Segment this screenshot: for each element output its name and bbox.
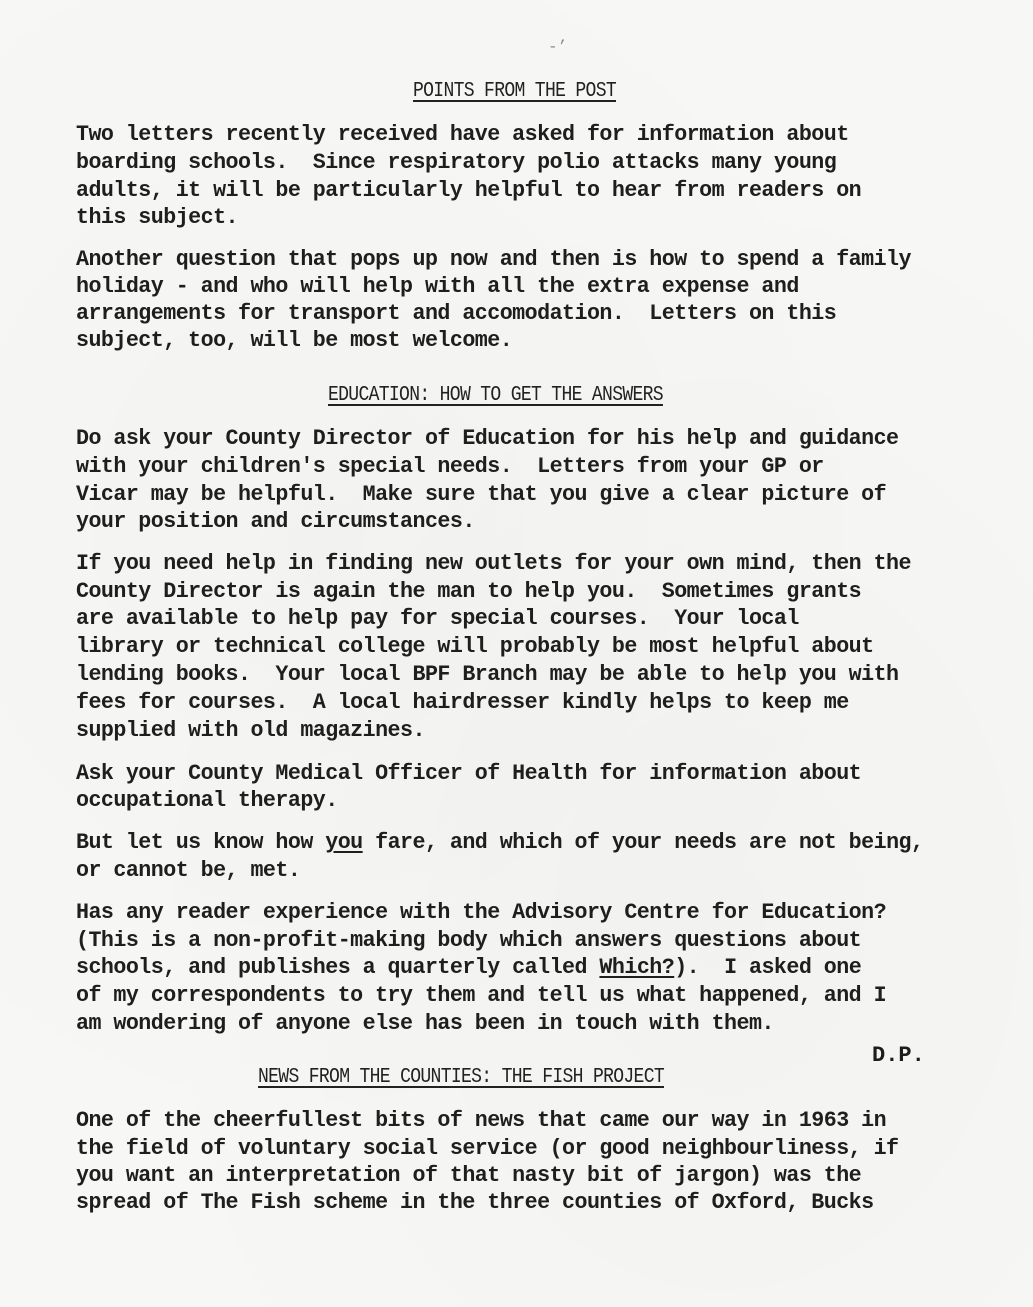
- text-line: holiday - and who will help with all the…: [76, 274, 799, 299]
- underlined-title: Which?: [599, 955, 674, 980]
- text-line: this subject.: [76, 205, 238, 230]
- text-line: If you need help in finding new outlets …: [76, 551, 911, 576]
- text-line: One of the cheerfullest bits of news tha…: [76, 1108, 886, 1133]
- section-heading-points-from-the-post: POINTS FROM THE POST: [413, 80, 616, 103]
- text-line: are available to help pay for special co…: [76, 606, 799, 631]
- stray-mark: -’: [548, 38, 567, 56]
- text-fragment: schools, and publishes a quarterly calle…: [76, 955, 599, 980]
- text-line: Two letters recently received have asked…: [76, 122, 849, 147]
- text-line: Another question that pops up now and th…: [76, 247, 911, 272]
- text-line: of my correspondents to try them and tel…: [76, 983, 886, 1008]
- text-fragment: ). I asked one: [674, 955, 861, 980]
- text-fragment: fare, and which of your needs are not be…: [363, 830, 924, 855]
- text-line: or cannot be, met.: [76, 858, 300, 883]
- text-line: arrangements for transport and accomodat…: [76, 301, 836, 326]
- text-line: you want an interpretation of that nasty…: [76, 1163, 861, 1188]
- text-line: fees for courses. A local hairdresser ki…: [76, 690, 849, 715]
- text-line: occupational therapy.: [76, 788, 338, 813]
- text-line: library or technical college will probab…: [76, 634, 874, 659]
- text-line: lending books. Your local BPF Branch may…: [76, 662, 899, 687]
- text-fragment: But let us know how: [76, 830, 325, 855]
- text-line: (This is a non-profit-making body which …: [76, 928, 861, 953]
- text-line: County Director is again the man to help…: [76, 579, 861, 604]
- text-line: Ask your County Medical Officer of Healt…: [76, 761, 861, 786]
- text-line-with-emphasis: But let us know how you fare, and which …: [76, 830, 923, 855]
- text-line: Vicar may be helpful. Make sure that you…: [76, 482, 886, 507]
- section-heading-education: EDUCATION: HOW TO GET THE ANSWERS: [328, 384, 663, 407]
- text-line: Has any reader experience with the Advis…: [76, 900, 886, 925]
- text-line: with your children's special needs. Lett…: [76, 454, 824, 479]
- text-line-with-emphasis: schools, and publishes a quarterly calle…: [76, 955, 861, 980]
- typewritten-page: -’ POINTS FROM THE POST Two letters rece…: [0, 0, 1033, 1307]
- text-line: Do ask your County Director of Education…: [76, 426, 899, 451]
- text-line: the field of voluntary social service (o…: [76, 1136, 899, 1161]
- text-line: subject, too, will be most welcome.: [76, 328, 512, 353]
- text-line: am wondering of anyone else has been in …: [76, 1011, 774, 1036]
- underlined-word: you: [325, 830, 362, 855]
- text-line: supplied with old magazines.: [76, 718, 425, 743]
- text-line: your position and circumstances.: [76, 509, 475, 534]
- text-line: adults, it will be particularly helpful …: [76, 178, 861, 203]
- text-line: boarding schools. Since respiratory poli…: [76, 150, 836, 175]
- text-line: spread of The Fish scheme in the three c…: [76, 1190, 874, 1215]
- signature-initials: D.P.: [872, 1043, 925, 1068]
- section-heading-news-from-the-counties: NEWS FROM THE COUNTIES: THE FISH PROJECT: [258, 1066, 664, 1089]
